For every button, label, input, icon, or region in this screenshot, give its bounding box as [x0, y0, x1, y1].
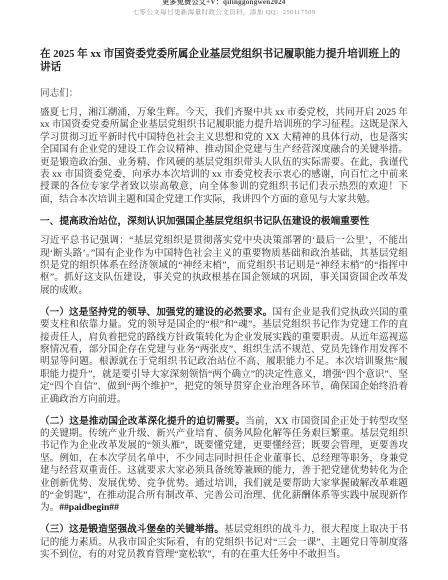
paragraph-point-3: （三）这是锻造坚强战斗堡垒的关键举措。基层党组织的战斗力，很大程度上取决于书记的… — [40, 524, 408, 561]
paragraph-point-2-rest: 当前，XX 市国资国企正处于转型攻坚的关键期。传统产业升级、新兴产业培育、债务风… — [40, 416, 408, 514]
paid-begin-marker: ##paidbegin## — [59, 502, 119, 513]
paragraph-point-1: （一）这是坚持党的领导、加强党的建设的必然要求。国有企业是我们党执政兴国的重要支… — [40, 307, 408, 406]
promo-header-line2: 七零公文每日更新海量时政公文资料，添加 QQ：250117509 — [0, 9, 448, 17]
document-title: 在 2025 年 xx 市国资委党委所属企业基层党组织书记履职能力提升培训班上的… — [40, 48, 408, 75]
paragraph-opening-text: 盛夏七月，湘江潮涌，万象生辉。今天，我们齐聚中共 xx 市委党校，共同开启 20… — [40, 107, 408, 205]
document-page: 更多免费公文+V：qilinggongwen2024 七零公文每日更新海量时政公… — [0, 0, 448, 578]
paragraph-point-1-rest: 国有企业是我们党执政兴国的重要支柱和依靠力量。党的领导是国企的“根”和“魂”。基… — [40, 307, 408, 405]
paragraph-point-3-lead: （三）这是锻造坚强战斗堡垒的关键举措。 — [40, 524, 224, 535]
paragraph-point-2-lead: （二）这是推动国企改革深化提升的迫切需要。 — [40, 416, 245, 427]
paragraph-quote: 习近平总书记强调：“基层党组织是贯彻落实党中央决策部署的‘最后一公里’，不能出现… — [40, 235, 408, 297]
paragraph-quote-text: 习近平总书记强调：“基层党组织是贯彻落实党中央决策部署的‘最后一公里’，不能出现… — [40, 235, 408, 296]
paragraph-point-2: （二）这是推动国企改革深化提升的迫切需要。当前，XX 市国资国企正处于转型攻坚的… — [40, 416, 408, 515]
paragraph-point-1-lead: （一）这是坚持党的领导、加强党的建设的必然要求。 — [40, 307, 272, 318]
promo-header-line1: 更多免费公文+V：qilinggongwen2024 — [0, 0, 448, 7]
document-body: 在 2025 年 xx 市国资委党委所属企业基层党组织书记履职能力提升培训班上的… — [40, 48, 408, 562]
paragraph-opening: 盛夏七月，湘江潮涌，万象生辉。今天，我们齐聚中共 xx 市委党校，共同开启 20… — [40, 107, 408, 206]
salutation: 同志们： — [40, 88, 408, 100]
promo-header: 更多免费公文+V：qilinggongwen2024 七零公文每日更新海量时政公… — [0, 0, 448, 17]
section-heading-1: 一、提高政治站位，深刻认识加强国企基层党组织书记队伍建设的极端重要性 — [40, 216, 408, 228]
